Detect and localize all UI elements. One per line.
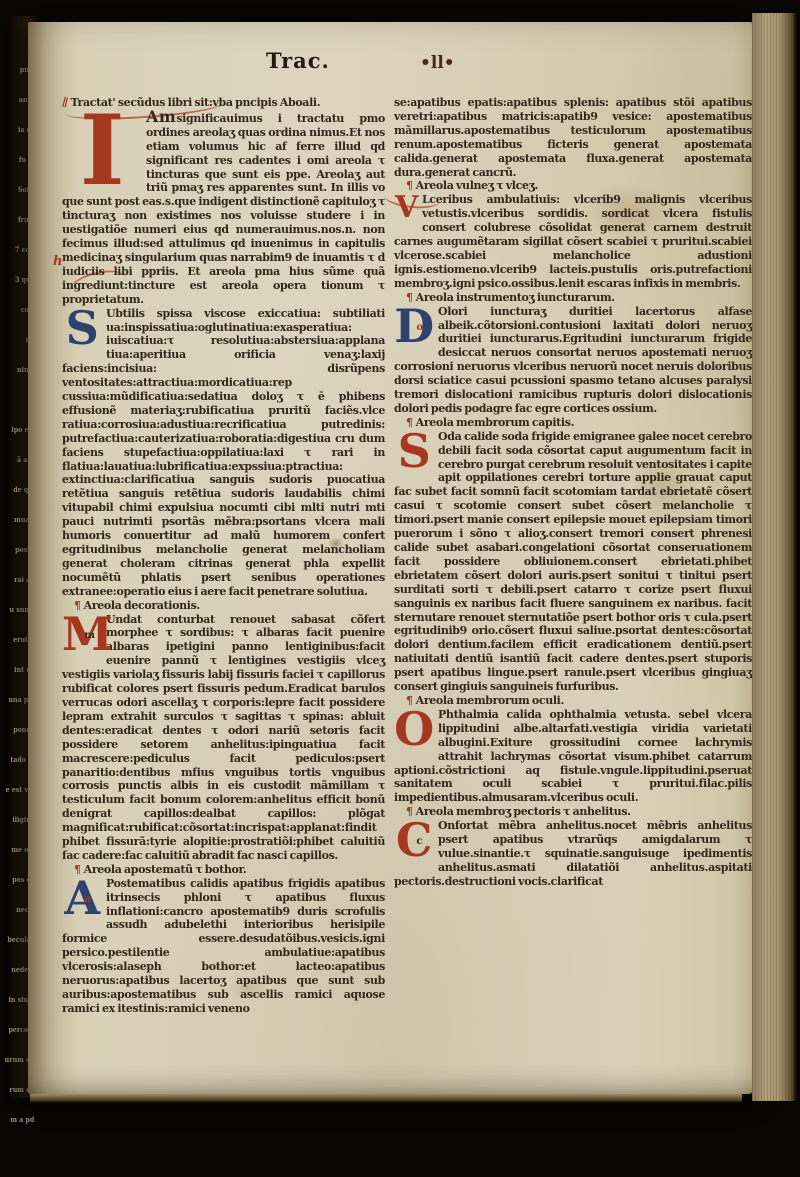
- section-heading: ¶Areola membroʒ pectoris τ anhelitus.: [394, 805, 752, 819]
- drop-cap: Aa: [62, 878, 102, 919]
- fore-edge: [752, 13, 797, 1101]
- section-heading-text: Areola membroʒ pectoris τ anhelitus.: [416, 805, 631, 818]
- drop-cap: V: [394, 194, 419, 221]
- drop-cap: S: [394, 431, 434, 472]
- folio-number: •ll•: [420, 53, 455, 73]
- drop-cap: Mm: [62, 614, 102, 655]
- drop-cap: S: [62, 308, 102, 349]
- column-left: ∥Tractat' secũdus libri sit:vba pncipis …: [62, 96, 385, 1016]
- section-heading: ¶Areola apostematũ τ bothor.: [62, 863, 385, 877]
- section-heading-text: Areola membrorum capitis.: [416, 416, 574, 429]
- guide-letter: o: [416, 323, 422, 333]
- guide-letter: m: [84, 631, 94, 641]
- book-page: Trac. •ll• ∥Tractat' secũdus libri sit:v…: [28, 22, 754, 1094]
- drop-cap: Cc: [394, 820, 434, 861]
- section-heading: ¶Areola vulneʒ τ vlceʒ.: [394, 179, 752, 193]
- paragraph: DoOlori iuncturaʒ duritiei lacertorus al…: [394, 305, 752, 416]
- text-block: ∥Tractat' secũdus libri sit:vba pncipis …: [62, 96, 752, 1016]
- paragraph: CcOnfortat mẽbra anhelitus.nocet mẽbris …: [394, 819, 752, 889]
- guide-letter: a: [84, 895, 90, 905]
- paragraph: IAmsignificauimus i tractatu pmo ordines…: [62, 110, 385, 307]
- rubric-mark-icon: ∥: [60, 96, 69, 111]
- paragraph: SOda calide soda frigide emigranee galee…: [394, 430, 752, 694]
- drop-cap: O: [394, 709, 434, 750]
- column-right: se:apatibus epatis:apatibus splenis: apa…: [394, 96, 752, 1016]
- section-heading: ¶Areola membrorum capitis.: [394, 416, 752, 430]
- paragraph: se:apatibus epatis:apatibus splenis: apa…: [394, 96, 752, 179]
- running-title: Trac.: [266, 48, 330, 73]
- section-heading-text: Areola instrumentoʒ iuncturarum.: [416, 291, 615, 304]
- section-heading-text: Areola membrorum oculi.: [416, 694, 564, 707]
- drop-cap: Do: [394, 306, 434, 347]
- drop-cap: I: [62, 112, 142, 193]
- section-heading: ¶Areola instrumentoʒ iuncturarum.: [394, 291, 752, 305]
- book-photo: pmēancaia defu elSokefruaf7 coll3 quãcol…: [0, 0, 800, 1177]
- margin-annotation: h: [53, 254, 62, 269]
- paragraph: MmUndat conturbat renouet sabasat cõfert…: [62, 613, 385, 863]
- lead-word: Am: [146, 107, 176, 126]
- section-heading: ¶Areola membrorum oculi.: [394, 694, 752, 708]
- paragraph: VLceribus ambulatiuis: vlcerib9 malignis…: [394, 193, 752, 290]
- bottom-page-edges: [30, 1094, 742, 1103]
- section-heading-text: Areola vulneʒ τ vlceʒ.: [416, 179, 538, 192]
- guide-letter: c: [416, 837, 422, 847]
- paragraph: SUbtilis spissa viscose exiccatiua: subt…: [62, 307, 385, 599]
- paragraph: OPhthalmia calida ophthalmia vetusta. se…: [394, 708, 752, 805]
- section-heading-text: Areola apostematũ τ bothor.: [84, 863, 247, 876]
- marginalia-fragment: m a pd: [11, 1116, 35, 1124]
- paragraph: AaPostematibus calidis apatibus frigidis…: [62, 877, 385, 1016]
